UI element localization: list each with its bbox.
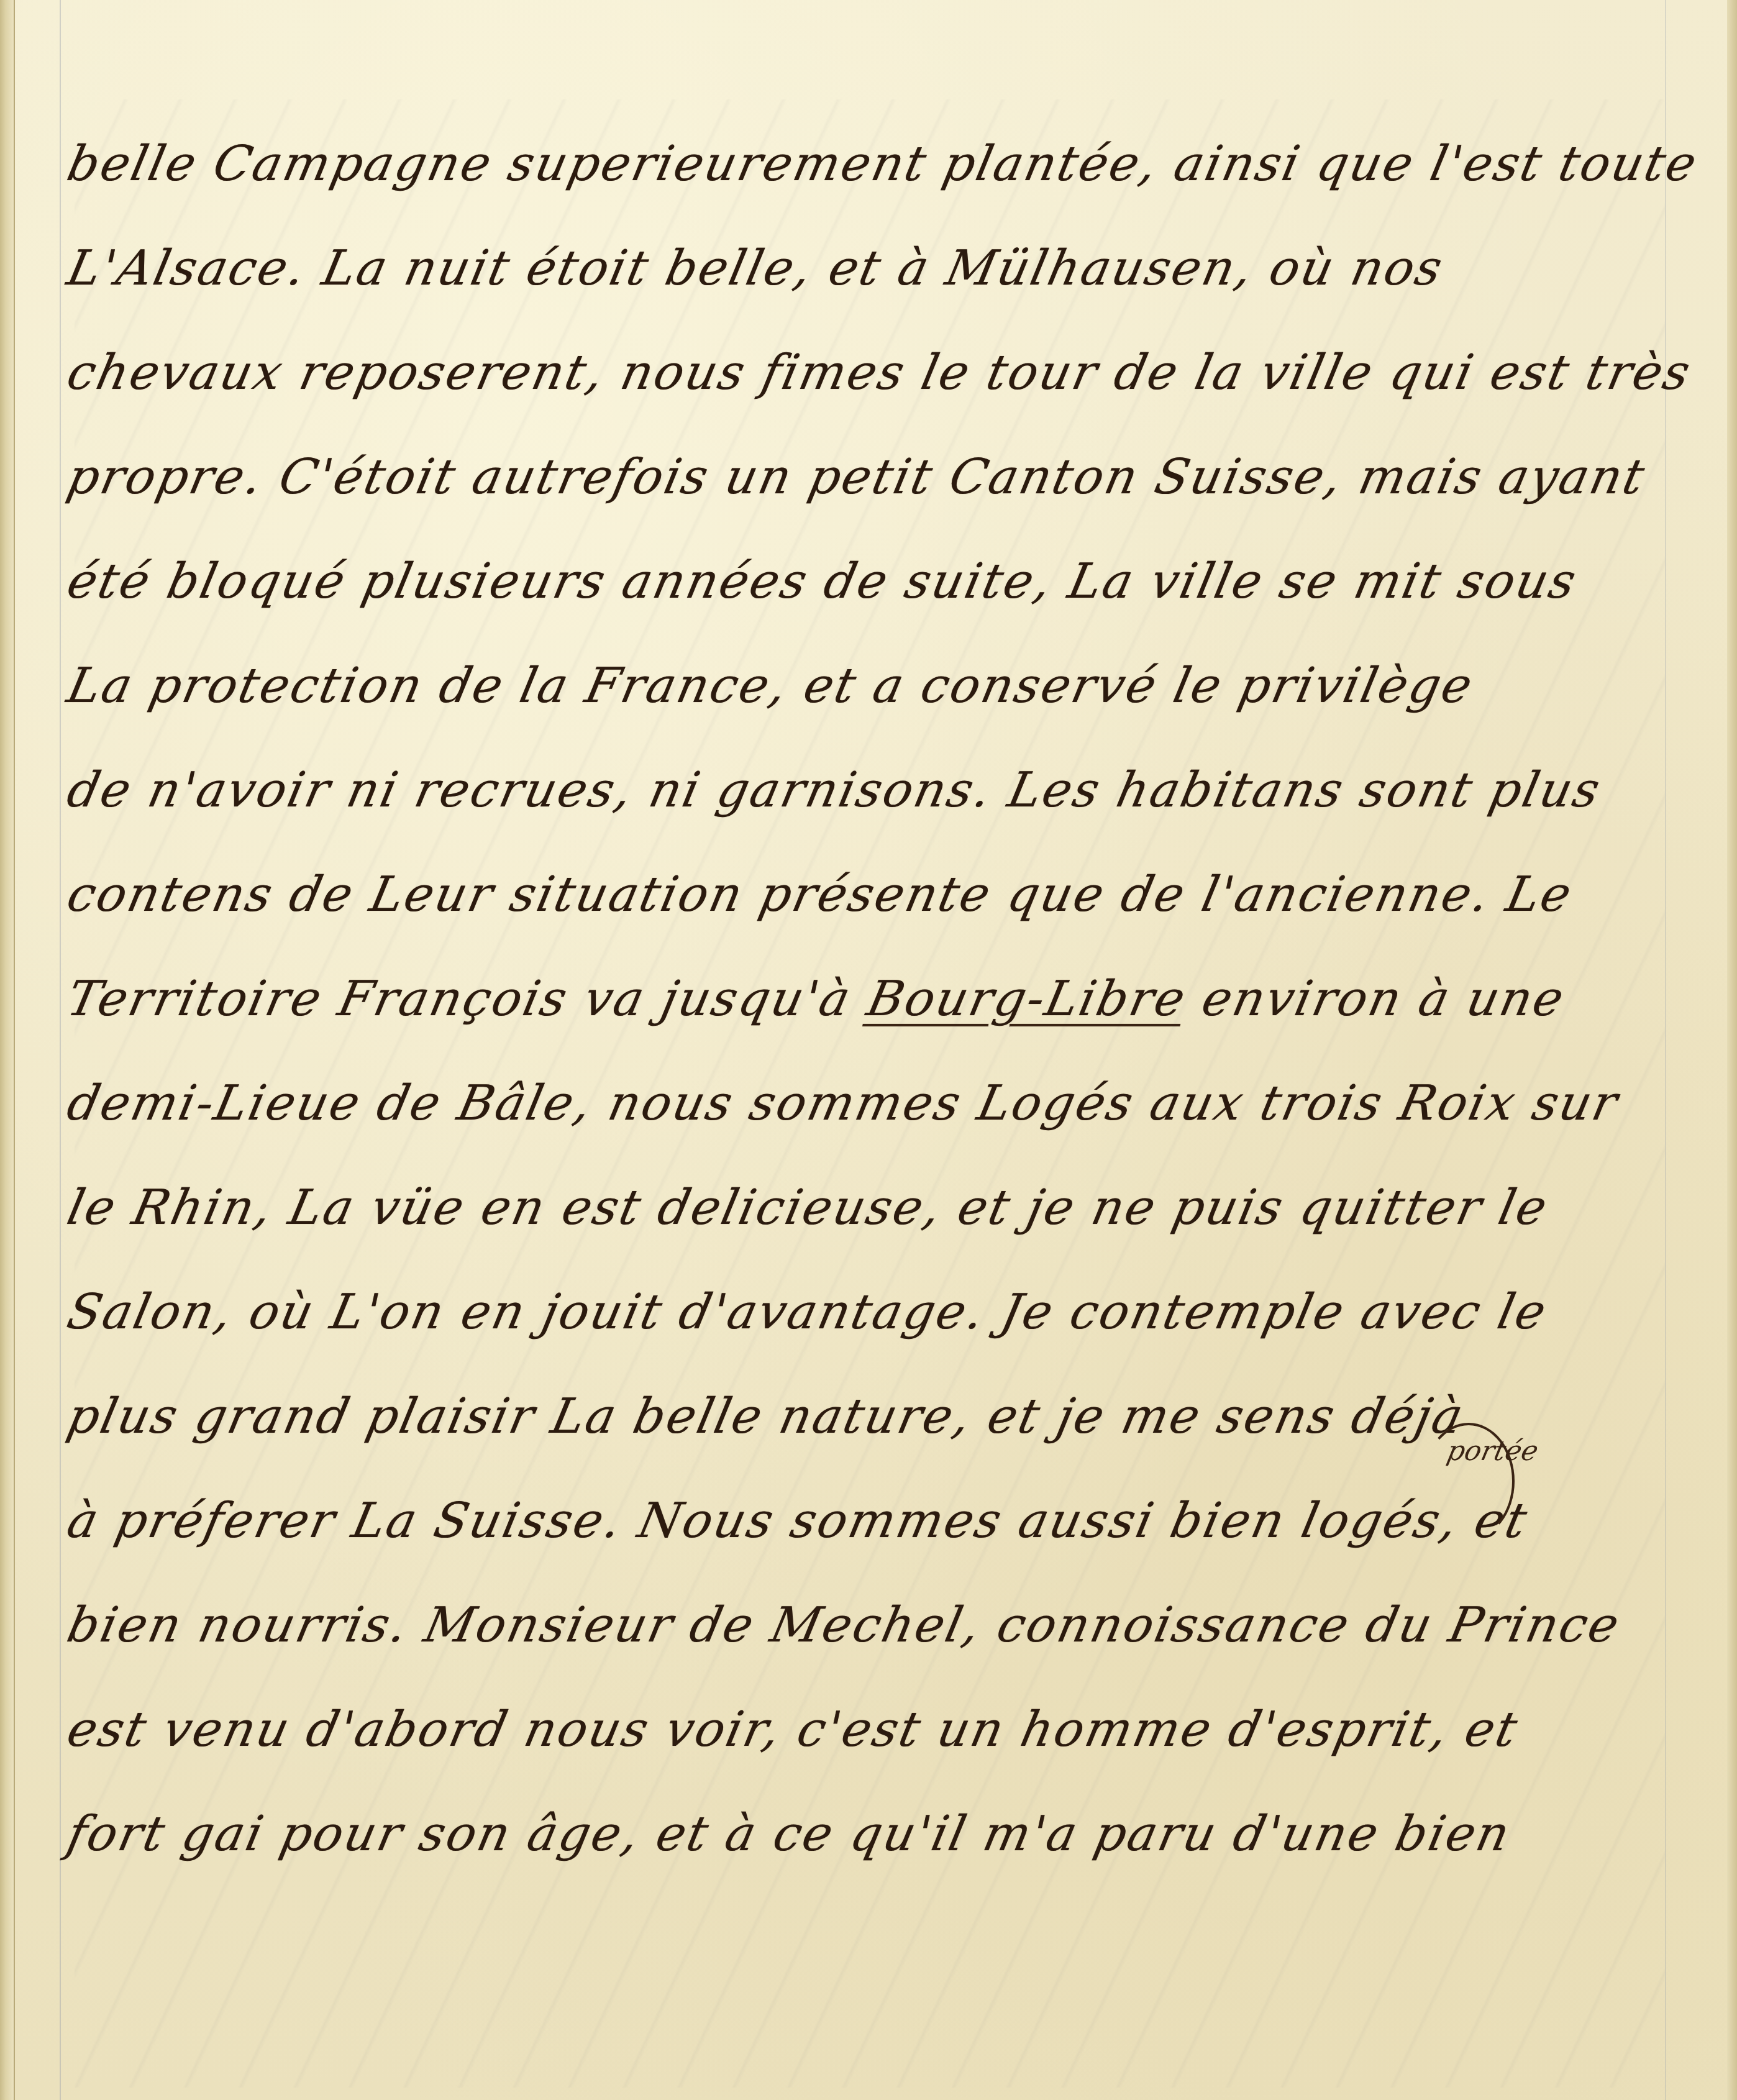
insertion-mark-icon — [1423, 1423, 1515, 1540]
manuscript-line-1: belle Campagne superieurement plantée, a… — [57, 112, 1695, 216]
line-9-suffix: environ à une — [1180, 971, 1571, 1027]
manuscript-line-5: été bloqué plusieurs années de suite, La… — [57, 529, 1695, 634]
manuscript-line-8: contens de Leur situation présente que d… — [57, 842, 1695, 947]
manuscript-line-17: fort gai pour son âge, et à ce qu'il m'a… — [57, 1782, 1695, 1886]
manuscript-line-9: Territoire François va jusqu'à Bourg-Lib… — [57, 947, 1695, 1051]
manuscript-line-15: bien nourris. Monsieur de Mechel, connoi… — [57, 1573, 1695, 1678]
manuscript-line-3: chevaux reposerent, nous fimes le tour d… — [57, 321, 1695, 425]
manuscript-line-4: propre. C'étoit autrefois un petit Canto… — [57, 425, 1695, 529]
handwritten-text-block: belle Campagne superieurement plantée, a… — [68, 112, 1684, 1886]
line-9-prefix: Territoire François va jusqu'à — [62, 971, 874, 1027]
manuscript-line-7: de n'avoir ni recrues, ni garnisons. Les… — [57, 738, 1695, 842]
manuscript-line-16: est venu d'abord nous voir, c'est un hom… — [57, 1678, 1695, 1782]
manuscript-line-11: le Rhin, La vüe en est delicieuse, et je… — [57, 1156, 1695, 1260]
underlined-place-name: Bourg-Libre — [862, 971, 1192, 1027]
manuscript-line-12: Salon, où L'on en jouit d'avantage. Je c… — [57, 1260, 1695, 1364]
page-edge — [1727, 0, 1737, 2100]
manuscript-line-2: L'Alsace. La nuit étoit belle, et à Mülh… — [57, 216, 1695, 321]
binding-edge — [0, 0, 15, 2100]
manuscript-line-10: demi-Lieue de Bâle, nous sommes Logés au… — [57, 1051, 1695, 1156]
manuscript-page: belle Campagne superieurement plantée, a… — [0, 0, 1737, 2100]
manuscript-line-6: La protection de la France, et a conserv… — [57, 634, 1695, 738]
